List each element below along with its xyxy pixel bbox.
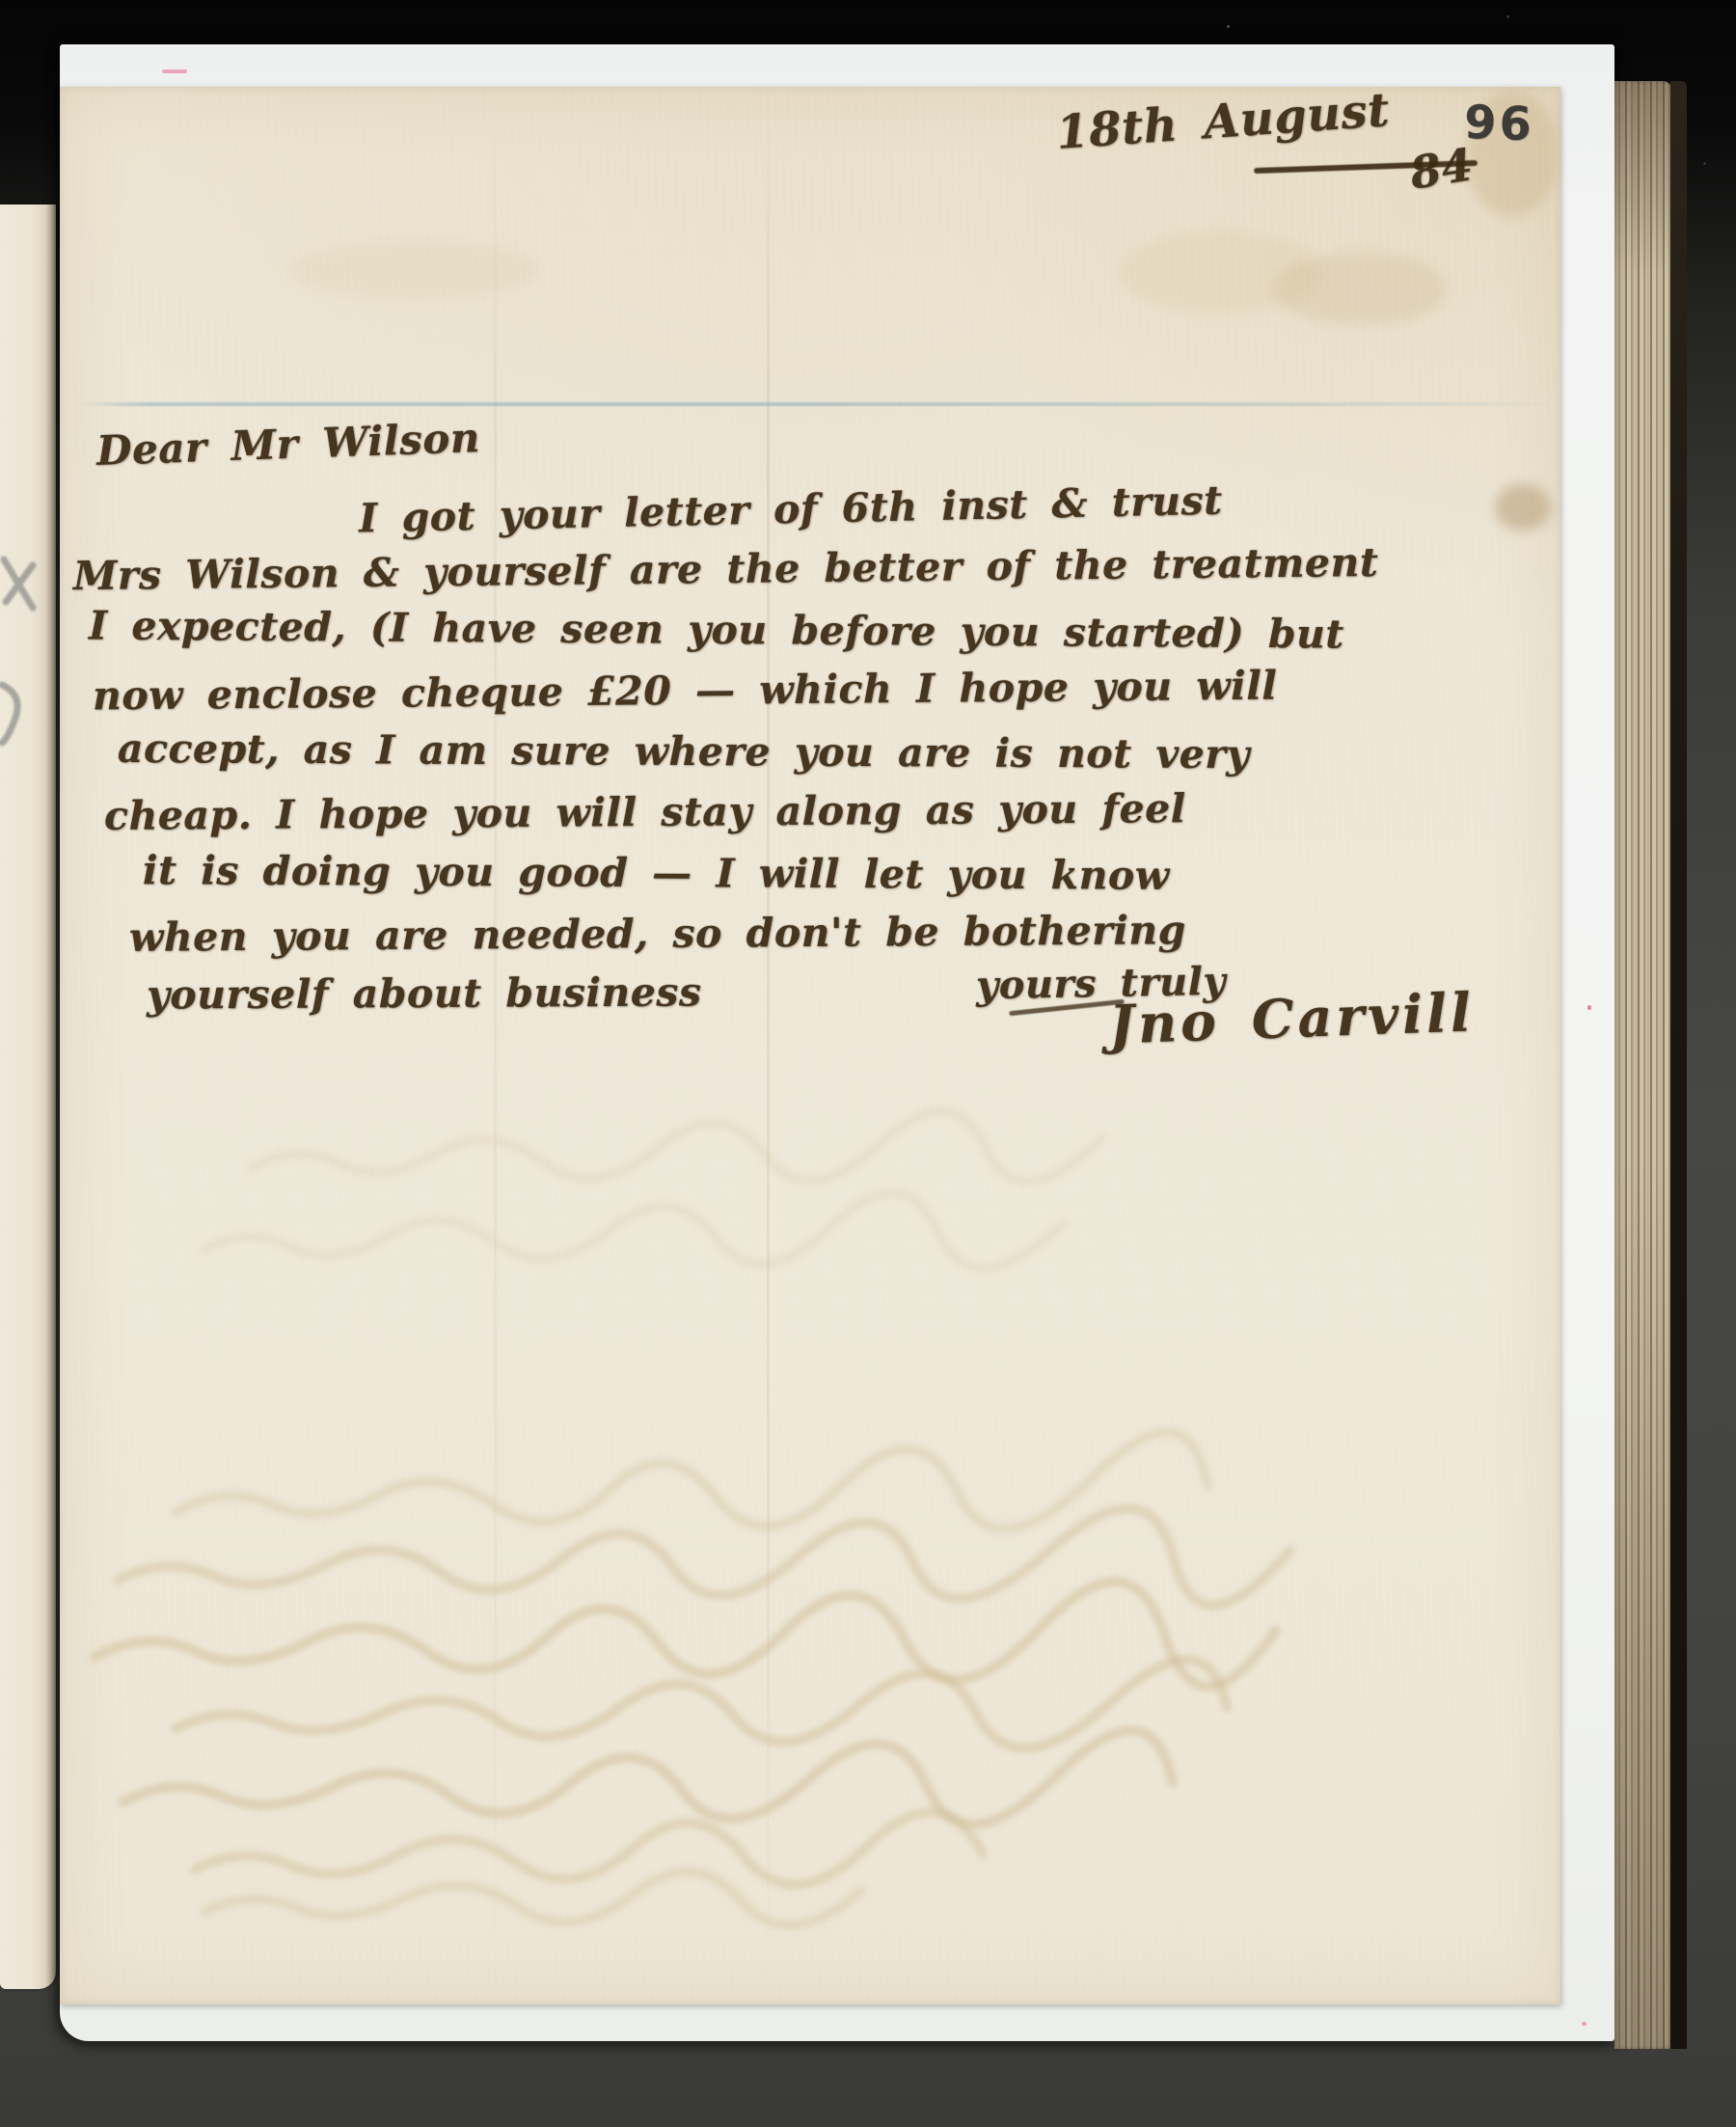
body-line: now enclose cheque £20 — which I hope yo…: [93, 667, 1278, 717]
pink-fleck: [1582, 2022, 1587, 2026]
pink-fleck: [1587, 1005, 1591, 1010]
previous-page-edge: [0, 205, 56, 1989]
dust-speck: [1712, 1003, 1715, 1006]
fore-edge-pages: [1614, 81, 1672, 2049]
body-line: when you are needed, so don't be botheri…: [129, 911, 1186, 958]
page-number-stamp: 96: [1463, 95, 1535, 152]
dust-speck: [1703, 162, 1706, 165]
pencil-annotation: [0, 540, 58, 791]
body-line: yourself about business: [147, 972, 702, 1015]
body-line: I expected, (I have seen you before you …: [89, 606, 1344, 654]
book-cover-edge: [1670, 81, 1687, 2049]
body-line: accept, as I am sure where you are is no…: [118, 729, 1250, 775]
dust-speck: [1506, 15, 1509, 18]
pink-fleck: [162, 69, 187, 73]
signature: Jno Carvill: [1108, 985, 1476, 1050]
dust-speck: [1227, 25, 1230, 28]
date-year: 84: [1407, 142, 1476, 196]
body-line: cheap. I hope you will stay along as you…: [104, 789, 1186, 836]
book-scan: 18th August 84 96 Dear Mr Wilson I got y…: [0, 0, 1736, 2127]
body-line: it is doing you good — I will let you kn…: [143, 851, 1170, 896]
